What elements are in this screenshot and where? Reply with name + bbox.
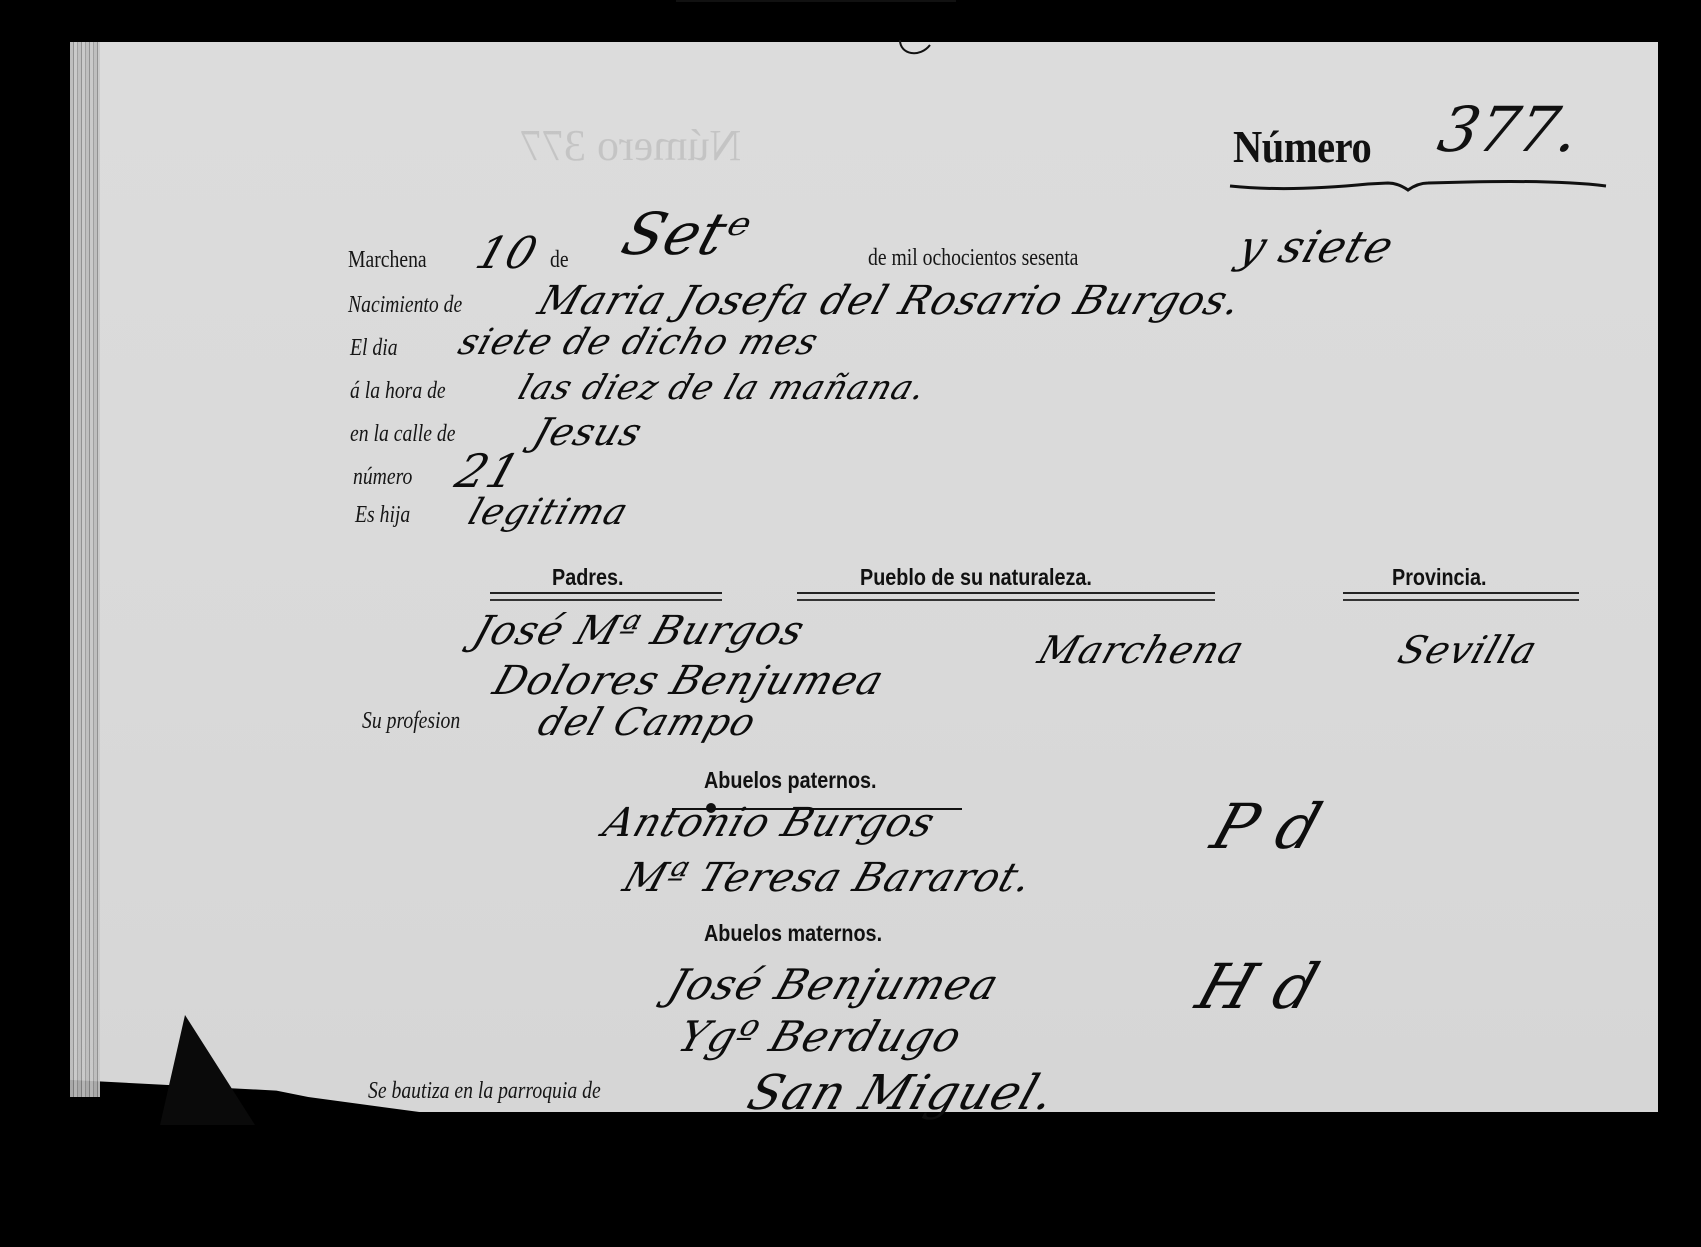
paternal-grandmother: Mª Teresa Bararot.: [618, 855, 1039, 901]
child-status-value: legitima: [463, 492, 633, 533]
hour-value: las diez de la mañana.: [514, 368, 932, 408]
header-flourish: [1228, 178, 1608, 198]
maternal-grandmother: Ygº Berdugo: [672, 1012, 969, 1061]
year-label: de mil ochocientos sesenta: [868, 245, 1078, 272]
scan-border: [1658, 0, 1701, 1247]
province-rule: [1343, 592, 1579, 601]
column-parents: Padres.: [552, 564, 623, 591]
street-label: en la calle de: [350, 421, 455, 448]
mother-name: Dolores Benjumea: [488, 658, 890, 704]
paternal-grandparents-heading: Abuelos paternos.: [704, 767, 877, 794]
de-label: de: [550, 247, 569, 274]
column-town: Pueblo de su naturaleza.: [860, 564, 1092, 591]
parents-rule: [490, 592, 722, 601]
town-rule: [797, 592, 1215, 601]
paternal-grandfather: Antonio Burgos: [598, 800, 942, 846]
father-name: José Mª Burgos: [468, 608, 811, 654]
page-corner-fold: [160, 1015, 255, 1125]
bleed-through-number: Número 377: [520, 120, 741, 171]
maternal-grandparents-heading: Abuelos maternos.: [704, 920, 882, 947]
street-value: Jesus: [528, 410, 648, 454]
parents-town: Marchena: [1033, 628, 1250, 672]
house-number-label: número: [353, 464, 412, 491]
column-province: Provincia.: [1392, 564, 1487, 591]
birth-label: Nacimiento de: [348, 292, 462, 319]
year-value: y siete: [1232, 222, 1401, 273]
birth-value: Maria Josefa del Rosario Burgos.: [533, 278, 1248, 324]
hour-label: á la hora de: [350, 378, 446, 405]
place-label: Marchena: [348, 247, 427, 274]
profession-label: Su profesion: [362, 708, 460, 735]
day-text-value: siete de dicho mes: [453, 322, 824, 363]
baptism-label: Se bautiza en la parroquia de: [368, 1078, 601, 1105]
month-value: Setᵉ: [614, 200, 760, 268]
ink-curl: [895, 40, 935, 60]
entry-number-label: Número: [1233, 120, 1371, 173]
parents-province: Sevilla: [1393, 628, 1543, 672]
entry-number-value: 377.: [1432, 93, 1586, 166]
maternal-rule: [676, 0, 956, 2]
maternal-mark: H d: [1188, 950, 1328, 1023]
day-label: El dia: [350, 335, 398, 362]
child-status-label: Es hija: [355, 502, 410, 529]
profession-value: del Campo: [533, 700, 762, 744]
book-binding-edge: [70, 42, 100, 1097]
baptism-parish: San Miguel.: [741, 1065, 1063, 1121]
maternal-grandfather: José Benjumea: [662, 960, 1005, 1009]
